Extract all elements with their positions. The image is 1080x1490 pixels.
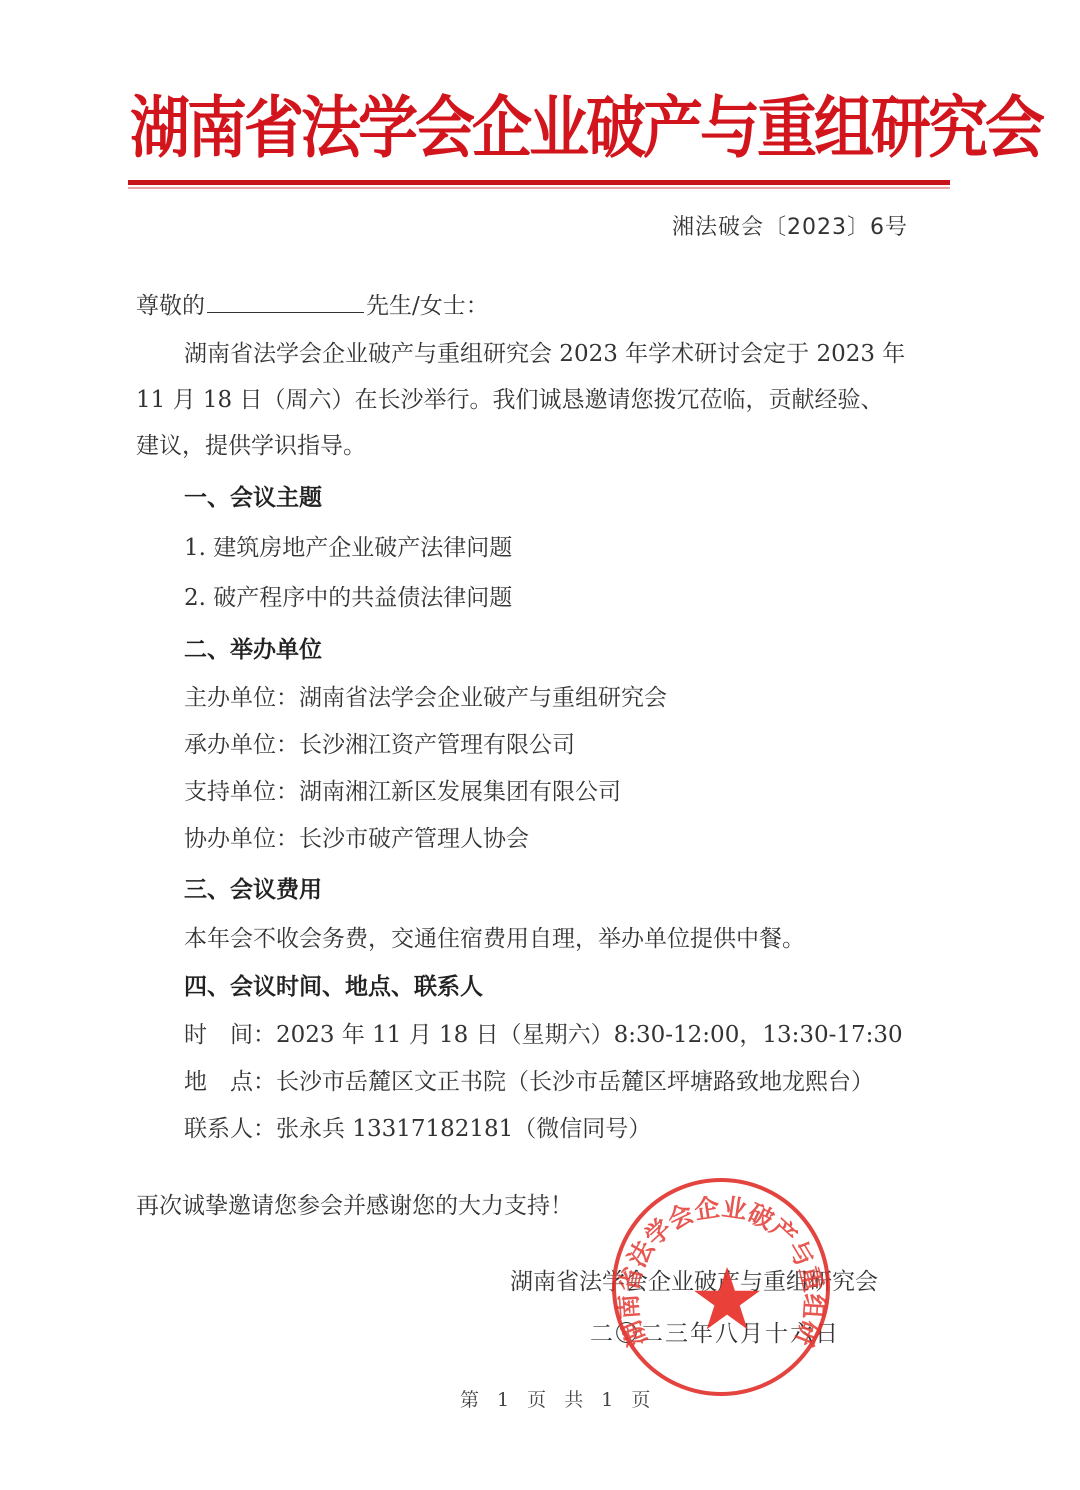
section-fees-title: 三、会议费用 — [184, 876, 322, 904]
salutation: 尊敬的先生/女士： — [136, 290, 489, 320]
meeting-place: 地 点：长沙市岳麓区文正书院（长沙市岳麓区坪塘路致地龙熙台） — [184, 1068, 874, 1096]
theme-item-2: 2. 破产程序中的共益债法律问题 — [184, 584, 512, 612]
meeting-contact: 联系人：张永兵 13317182181（微信同号） — [184, 1115, 651, 1143]
name-blank-line — [207, 290, 364, 313]
masthead-divider-thin — [128, 187, 950, 189]
organizer-undertaker: 承办单位：长沙湘江资产管理有限公司 — [184, 731, 575, 759]
section-logistics-title: 四、会议时间、地点、联系人 — [184, 973, 483, 1001]
intro-line-1: 湖南省法学会企业破产与重组研究会 2023 年学术研讨会定于 2023 年 — [184, 340, 905, 368]
seal-star-icon: ★ — [687, 1262, 767, 1338]
intro-line-2: 11 月 18 日（周六）在长沙举行。我们诚恳邀请您拨冗莅临，贡献经验、 — [136, 386, 883, 414]
meeting-time: 时 间：2023 年 11 月 18 日（星期六）8:30-12:00，13:3… — [184, 1021, 903, 1049]
intro-line-3: 建议，提供学识指导。 — [136, 432, 366, 460]
page-indicator: 第 1 页 共 1 页 — [460, 1385, 656, 1412]
section-theme-title: 一、会议主题 — [184, 484, 322, 512]
salutation-suffix: 先生/女士： — [366, 293, 489, 319]
organizer-co-organizer: 协办单位：长沙市破产管理人协会 — [184, 825, 529, 853]
theme-item-1: 1. 建筑房地产企业破产法律问题 — [184, 534, 512, 562]
document-number: 湘法破会〔2023〕6号 — [672, 210, 908, 241]
closing-text: 再次诚挚邀请您参会并感谢您的大力支持！ — [136, 1192, 573, 1220]
fees-text: 本年会不收会务费，交通住宿费用自理，举办单位提供中餐。 — [184, 925, 805, 953]
organizer-host: 主办单位：湖南省法学会企业破产与重组研究会 — [184, 684, 667, 712]
section-organizers-title: 二、举办单位 — [184, 636, 322, 664]
organizer-supporter: 支持单位：湖南湘江新区发展集团有限公司 — [184, 778, 621, 806]
masthead-divider-thick — [128, 180, 950, 185]
organization-masthead: 湖南省法学会企业破产与重组研究会 — [130, 78, 950, 179]
salutation-prefix: 尊敬的 — [136, 293, 205, 319]
